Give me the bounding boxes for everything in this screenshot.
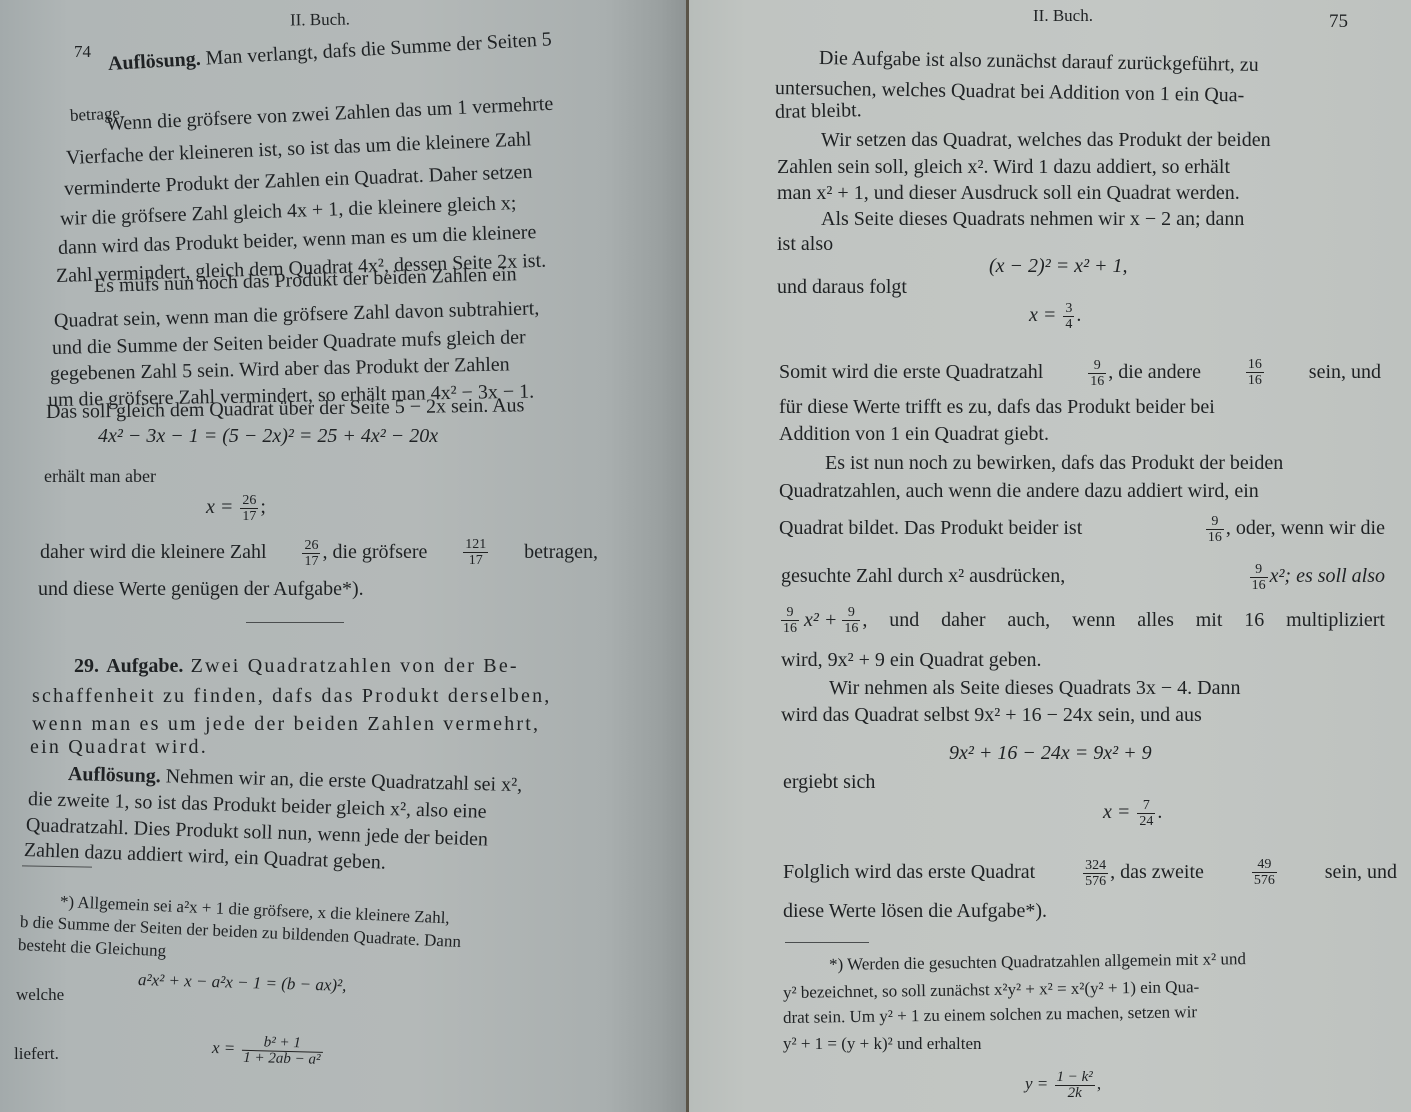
text-line: Zahlen sein soll, gleich x². Wird 1 dazu…	[777, 155, 1371, 179]
fraction: 324576	[1083, 858, 1108, 889]
problem-heading: 29. Aufgabe. Zwei Quadratzahlen von der …	[74, 654, 519, 678]
text-line: untersuchen, welches Quadrat bei Additio…	[775, 76, 1365, 109]
section-divider	[246, 622, 344, 623]
right-page: II. Buch. 75 Die Aufgabe ist also zunäch…	[689, 0, 1411, 1112]
footnote-line: welche	[16, 985, 64, 1005]
equation: x = b² + 11 + 2ab − a²	[211, 1028, 325, 1071]
text-line: Wir setzen das Quadrat, welches das Prod…	[821, 128, 1369, 152]
text-line: Quadratzahlen, auch wenn die andere dazu…	[779, 479, 1383, 503]
left-page: II. Buch. 74 Auflösung. Man verlangt, da…	[0, 0, 688, 1112]
fraction: 1616	[1246, 357, 1264, 388]
text-line: Als Seite dieses Quadrats nehmen wir x −…	[821, 207, 1373, 231]
text-line: Addition von 1 ein Quadrat giebt.	[779, 422, 1049, 446]
text-line: ein Quadrat wird.	[30, 735, 208, 759]
fraction: 916	[1206, 514, 1224, 545]
footnote-divider	[22, 865, 92, 867]
fraction: b² + 11 + 2ab − a²	[241, 1034, 323, 1067]
text-line: wird das Quadrat selbst 9x² + 16 − 24x s…	[781, 703, 1202, 727]
equation: 4x² − 3x − 1 = (5 − 2x)² = 25 + 4x² − 20…	[98, 424, 438, 448]
running-head: II. Buch.	[1033, 4, 1093, 28]
text-line: gesuchte Zahl durch x² ausdrücken, 916x²…	[781, 556, 1385, 596]
footnote-line: *) Werden die gesuchten Quadratzahlen al…	[829, 947, 1385, 975]
solution-equation: x = 2617;	[206, 490, 266, 524]
equation: (x − 2)² = x² + 1,	[989, 254, 1128, 278]
footnote-line: liefert.	[14, 1044, 59, 1064]
fraction: 2617	[302, 538, 320, 569]
text-line: diese Werte lösen die Aufgabe*).	[783, 899, 1047, 923]
text-line: ergiebt sich	[783, 770, 875, 794]
text-line: daher wird die kleinere Zahl 2617, die g…	[40, 532, 598, 572]
solution-equation: x = 724.	[1103, 792, 1162, 832]
equation: 9x² + 16 − 24x = 9x² + 9	[949, 741, 1152, 765]
text-line: Es ist nun noch zu bewirken, dafs das Pr…	[825, 451, 1383, 475]
solution-equation: x = 34.	[1029, 296, 1081, 334]
footnote-line: y² bezeichnet, so soll zunächst x²y² + x…	[783, 975, 1385, 1003]
footnote-line: drat sein. Um y² + 1 zu einem solchen zu…	[783, 1000, 1385, 1028]
text-line: und diese Werte genügen der Aufgabe*).	[38, 577, 364, 601]
footnote-divider	[785, 942, 869, 943]
fraction: 916	[842, 605, 860, 636]
fraction: 724	[1137, 798, 1155, 829]
fraction: 916	[1088, 358, 1106, 389]
text-line: Die Aufgabe ist also zunächst darauf zur…	[819, 46, 1363, 79]
text-line: Auflösung. Man verlangt, dafs die Summe …	[107, 24, 613, 76]
text-line: für diese Werte trifft es zu, dafs das P…	[779, 395, 1383, 419]
fraction: 916	[1250, 562, 1268, 593]
text-line: man x² + 1, und dieser Ausdruck soll ein…	[777, 181, 1371, 205]
footnote-line: y² + 1 = (y + k)² und erhalten	[783, 1034, 982, 1054]
text-line: Wir nehmen als Seite dieses Quadrats 3x …	[829, 676, 1385, 700]
text-line: und daraus folgt	[777, 275, 907, 299]
text-line: ist also	[777, 232, 833, 256]
equation: y = 1 − k²2k,	[1025, 1062, 1101, 1106]
fraction: 916	[781, 605, 799, 636]
text-line: erhält man aber	[44, 464, 156, 488]
text-line: 916 x² + 916, und daher auch, wenn alles…	[779, 600, 1385, 640]
text-line: Folglich wird das erste Quadrat 324576, …	[783, 852, 1397, 892]
text-line: schaffenheit zu finden, dafs das Produkt…	[32, 684, 552, 708]
text-line: wird, 9x² + 9 ein Quadrat geben.	[781, 648, 1042, 672]
fraction: 12117	[463, 537, 488, 568]
text-line: drat bleibt.	[775, 98, 862, 124]
fraction: 34	[1063, 301, 1074, 332]
page-number: 74	[74, 40, 91, 64]
fraction: 2617	[240, 493, 258, 524]
text-line: Somit wird die erste Quadratzahl 916, di…	[779, 352, 1381, 392]
equation: a²x² + x − a²x − 1 = (b − ax)²,	[138, 970, 347, 996]
footnote-line: besteht die Gleichung	[18, 935, 167, 961]
text-line: Quadrat bildet. Das Produkt beider ist 9…	[779, 508, 1385, 548]
fraction: 1 − k²2k	[1055, 1070, 1095, 1101]
page-number: 75	[1329, 10, 1348, 34]
text-line: wenn man es um jede der beiden Zahlen ve…	[32, 712, 540, 736]
running-head: II. Buch.	[290, 7, 350, 32]
fraction: 49576	[1252, 857, 1277, 888]
